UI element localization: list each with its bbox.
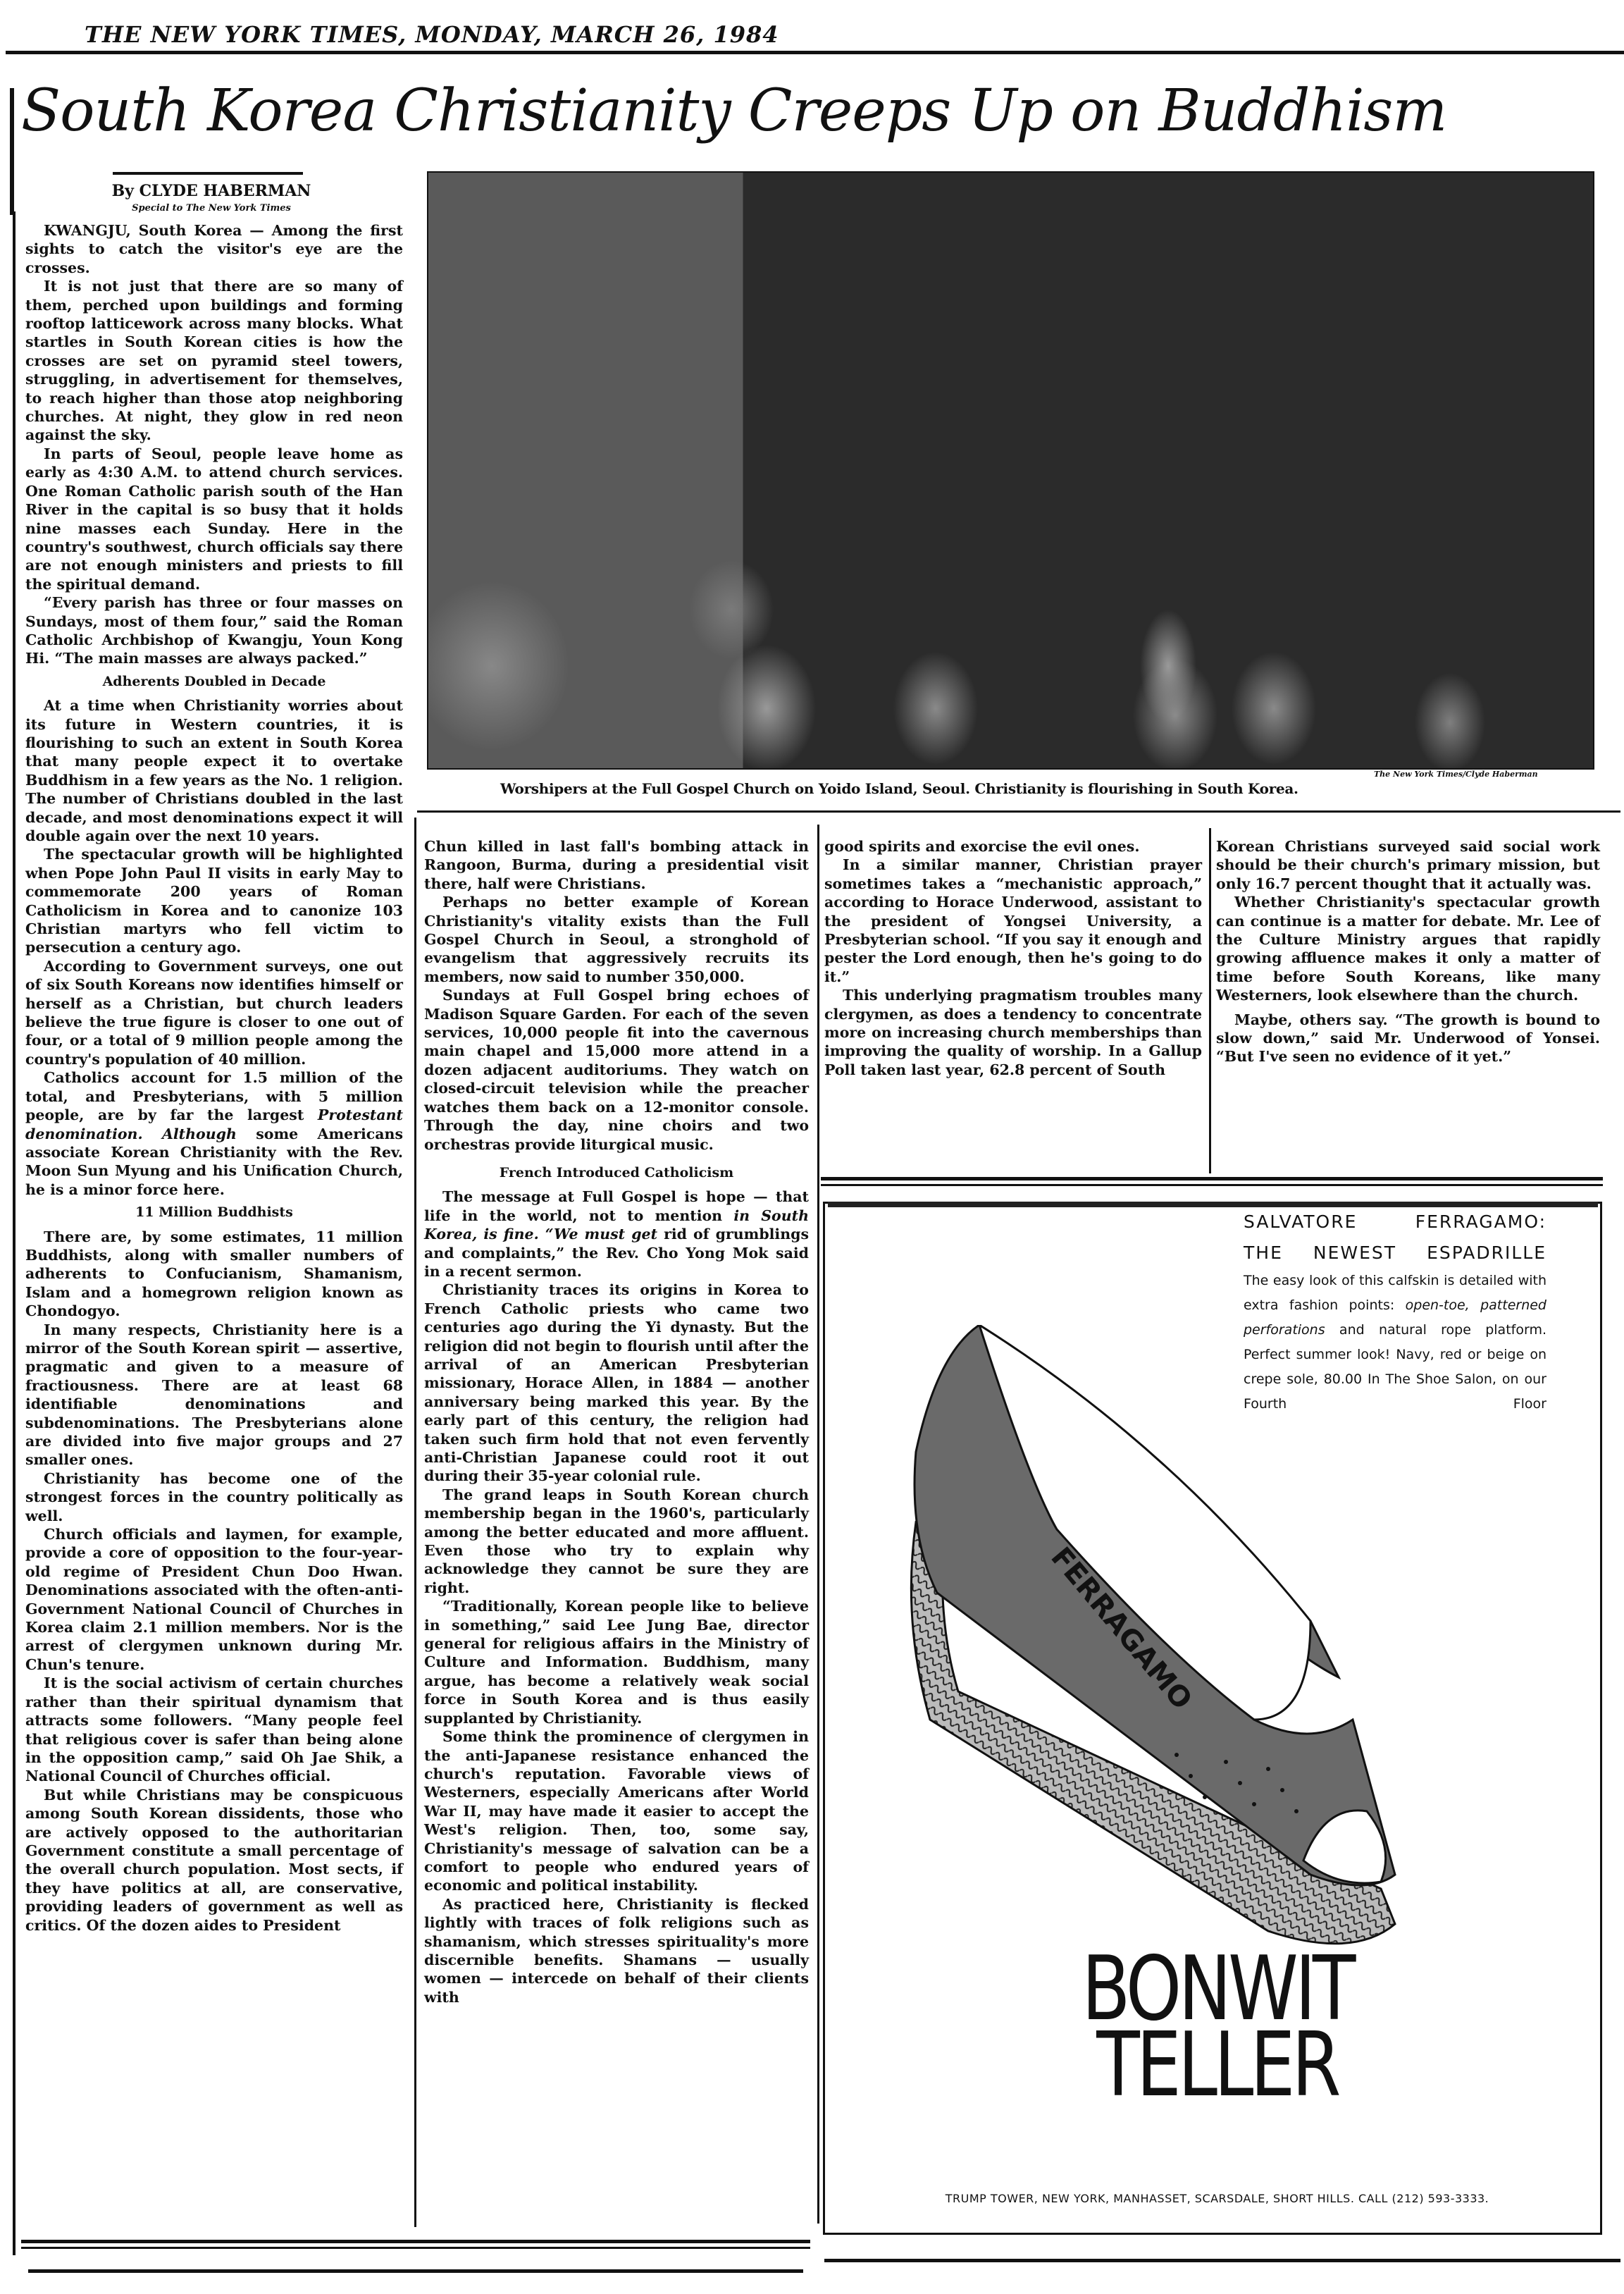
paragraph: Chun killed in last fall's bombing attac… — [424, 837, 809, 893]
subheading: French Introduced Catholicism — [424, 1164, 809, 1182]
paragraph: “Traditionally, Korean people like to be… — [424, 1597, 809, 1727]
paragraph: Christianity traces its origins in Korea… — [424, 1281, 809, 1485]
paragraph: At a time when Christianity worries abou… — [25, 696, 403, 845]
column-rule-3 — [1209, 828, 1211, 1173]
paragraph: In a similar manner, Christian prayer so… — [824, 856, 1202, 986]
paragraph: Perhaps no better example of Korean Chri… — [424, 893, 809, 986]
logo-line: TELLER — [909, 2027, 1526, 2103]
paragraph: KWANGJU, South Korea — Among the first s… — [25, 221, 403, 277]
ad-body: The easy look of this calfskin is detail… — [1244, 1269, 1546, 1417]
paragraph: Sundays at Full Gospel bring echoes of M… — [424, 986, 809, 1154]
paragraph: The spectacular growth will be highlight… — [25, 845, 403, 956]
article-column-2: Chun killed in last fall's bombing attac… — [424, 837, 809, 2006]
worshipers-photo — [427, 171, 1594, 770]
paragraph: According to Government surveys, one out… — [25, 957, 403, 1068]
paragraph: Whether Christianity's spectacular growt… — [1216, 893, 1600, 1004]
paragraph: “Every parish has three or four masses o… — [25, 593, 403, 668]
paragraph: Christianity has become one of the stron… — [25, 1469, 403, 1525]
column-rule-2 — [817, 825, 819, 2224]
paragraph: There are, by some estimates, 11 million… — [25, 1228, 403, 1321]
bottom-rule — [21, 2247, 810, 2249]
section-rule — [821, 1177, 1603, 1180]
article-headline: South Korea Christianity Creeps Up on Bu… — [21, 78, 1446, 144]
paragraph: The grand leaps in South Korean church m… — [424, 1486, 809, 1597]
ad-copy: SALVATORE FERRAGAMO: THE NEWEST ESPADRIL… — [1244, 1207, 1546, 1417]
shoe-illustration-icon: FERRAGAMO — [874, 1325, 1451, 1948]
ad-heading: THE NEWEST ESPADRILLE — [1244, 1238, 1546, 1269]
masthead-rule — [6, 51, 1624, 54]
paragraph: This underlying pragmatism troubles many… — [824, 986, 1202, 1079]
article-column-1: KWANGJU, South Korea — Among the first s… — [25, 221, 403, 1935]
article-column-4: Korean Christians surveyed said social w… — [1216, 837, 1600, 1066]
paragraph: Korean Christians surveyed said social w… — [1216, 837, 1600, 893]
ad-heading: SALVATORE FERRAGAMO: — [1244, 1207, 1546, 1238]
section-rule — [821, 1184, 1603, 1186]
paragraph: In many respects, Christianity here is a… — [25, 1321, 403, 1469]
bottom-rule — [824, 2259, 1620, 2262]
photo-caption: Worshipers at the Full Gospel Church on … — [500, 780, 1298, 797]
paragraph: As practiced here, Christianity is fleck… — [424, 1895, 809, 2006]
page-left-rule — [13, 211, 16, 2255]
bottom-rule — [21, 2240, 810, 2243]
byline: By CLYDE HABERMAN — [28, 182, 395, 200]
paragraph: The message at Full Gospel is hope — tha… — [424, 1188, 809, 1281]
paragraph: Maybe, others say. “The growth is bound … — [1216, 1011, 1600, 1066]
paragraph: It is the social activism of certain chu… — [25, 1674, 403, 1785]
headline-left-rule — [10, 88, 14, 215]
store-logo: BONWIT TELLER — [909, 1951, 1526, 2103]
paragraph: good spirits and exorcise the evil ones. — [824, 837, 1202, 856]
paragraph: Church officials and laymen, for example… — [25, 1525, 403, 1674]
paragraph: Catholics account for 1.5 million of the… — [25, 1068, 403, 1199]
subheading: 11 Million Buddhists — [25, 1203, 403, 1221]
paragraph: But while Christians may be conspicuous … — [25, 1786, 403, 1935]
paragraph: In parts of Seoul, people leave home as … — [25, 445, 403, 593]
byline-rule — [113, 172, 303, 175]
photo-credit: The New York Times/Clyde Haberman — [1374, 770, 1538, 779]
subheading: Adherents Doubled in Decade — [25, 672, 403, 691]
paragraph: It is not just that there are so many of… — [25, 277, 403, 445]
newspaper-masthead: THE NEW YORK TIMES, MONDAY, MARCH 26, 19… — [85, 21, 779, 48]
dateline-credit: Special to The New York Times — [28, 203, 395, 214]
caption-rule — [417, 810, 1620, 813]
column-rule-1 — [414, 818, 416, 2227]
article-column-3: good spirits and exorcise the evil ones.… — [824, 837, 1202, 1079]
store-locations: TRUMP TOWER, NEW YORK, MANHASSET, SCARSD… — [831, 2192, 1603, 2205]
next-box-rule — [28, 2269, 803, 2273]
paragraph: Some think the prominence of clergymen i… — [424, 1727, 809, 1895]
